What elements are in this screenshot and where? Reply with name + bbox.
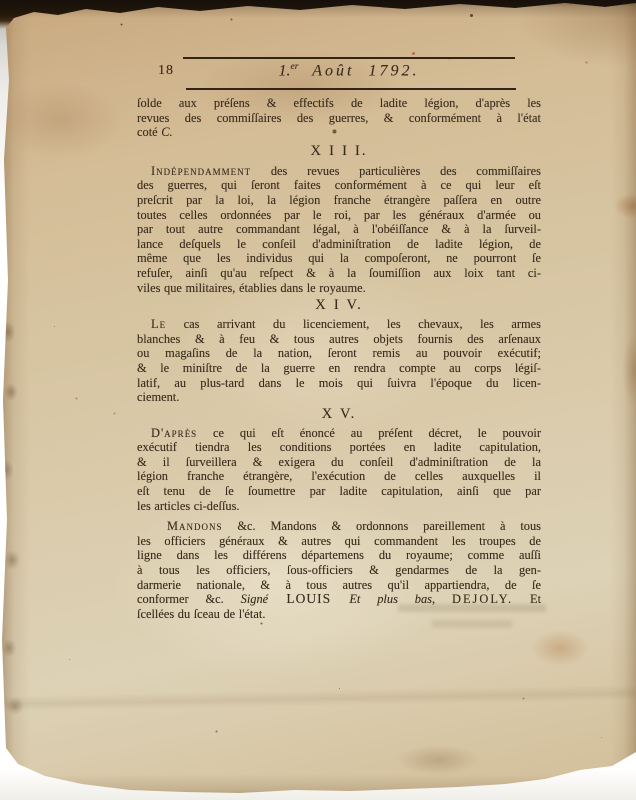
text-segment: ligne dans les différens départemens du … [137,548,541,562]
paragraph-intro-continuation: ſolde aux préſens & effectifs de ladite … [137,96,541,140]
text-line: par tout autre commandant légal, à l'obé… [137,222,541,237]
paper-crease [0,684,636,711]
text-segment: revues des commiſſaires des guerres, & c… [137,111,541,125]
text-line: à tous les officiers, ſous-officiers & g… [137,563,541,578]
text-line: ou magaſins de la nation, ſeront remis a… [137,346,541,361]
text-line: eſt tenu de ſe ſoumettre par ladite capi… [137,484,541,499]
text-line: ſolde aux préſens & effectifs de ladite … [137,96,541,111]
header-date: 1.er Août 1792. [183,61,515,80]
text-line: les articles ci-deſſus. [137,499,541,514]
text-segment: ce qui eſt énoncé au préſent décret, le … [197,426,541,440]
text-segment: même que les individus qui la compoſeron… [137,251,541,265]
article-heading-xiii: X I I I. [137,144,541,159]
text-line: Indépendamment des revues particulières … [137,164,541,179]
text-segment: Le [151,317,166,331]
text-segment: eſt tenu de ſe ſoumettre par ladite capi… [137,484,541,498]
header-rule-bottom [186,88,516,90]
text-line: blanches & à feu & tous autres objets fo… [137,332,541,347]
text-segment: ſcellées du ſceau de l'état. [137,607,265,621]
article-heading-xiv: X I V. [137,298,541,313]
ink-show-through [392,600,552,638]
text-line: même que les individus qui la compoſeron… [137,251,541,266]
text-line: darmerie nationale, & à tous autres qu'i… [137,578,541,593]
text-line: preſcrit par la loi, la légion franche é… [137,193,541,208]
text-segment: conformer &c. [137,592,241,606]
text-line: coté C. [137,125,541,140]
text-column: ſolde aux préſens & effectifs de ladite … [137,96,541,621]
text-segment: des revues particulières des commiſſaire… [251,164,541,178]
text-segment: toutes celles ordonnées par le roi, par … [137,208,541,222]
text-line: Mandons &c. Mandons & ordonnons pareille… [137,519,541,534]
text-line: refuſer, ainſi qu'au reſpect & à la ſoum… [137,266,541,281]
text-segment: 1. [279,62,291,79]
text-segment: ſolde aux préſens & effectifs de ladite … [137,96,541,110]
text-segment: viles que militaires, établies dans le r… [137,281,366,295]
text-line: latif, au plus-tard dans le mois qui ſui… [137,376,541,391]
text-segment: lance deſquels le conſeil d'adminiſtrati… [137,237,541,251]
text-segment: &c. Mandons & ordonnons pareillement à t… [223,519,541,533]
text-segment: latif, au plus-tard dans le mois qui ſui… [137,376,541,390]
text-line: lance deſquels le conſeil d'adminiſtrati… [137,237,541,252]
text-line: revues des commiſſaires des guerres, & c… [137,111,541,126]
document-page: 18 1.er Août 1792. ſolde aux préſens & e… [0,0,636,800]
paragraph-article-xiii: Indépendamment des revues particulières … [137,164,541,295]
text-line: des guerres, qui ſeront faites conformém… [137,178,541,193]
paragraph-article-xiv: Le cas arrivant du licenciement, les che… [137,317,541,405]
article-heading-xv: X V. [137,407,541,422]
text-segment: preſcrit par la loi, la légion franche é… [137,193,541,207]
text-line: & il ſurveillera & exigera du conſeil d'… [137,455,541,470]
page-number: 18 [158,63,174,79]
text-segment: coté [137,125,161,139]
paragraph-article-xv: D'après ce qui eſt énoncé au préſent déc… [137,426,541,514]
text-segment: & le miniſtre de la guerre en rendra com… [137,361,541,375]
text-segment: D'après [151,426,197,440]
text-segment: légion franche étrangère, l'exécution de… [137,469,541,483]
text-line: & le miniſtre de la guerre en rendra com… [137,361,541,376]
text-segment: des guerres, qui ſeront faites conformém… [137,178,541,192]
text-segment: er [291,61,299,72]
text-segment: Mandons [167,519,223,533]
text-segment: Signé [241,592,269,606]
text-line: 1.er Août 1792. [183,61,515,80]
text-segment: C. [161,125,172,139]
header-rule-top [183,57,515,59]
text-line: Le cas arrivant du licenciement, les che… [137,317,541,332]
text-line: ciement. [137,390,541,405]
text-line: ligne dans les différens départemens du … [137,548,541,563]
text-segment: Indépendamment [151,164,251,178]
text-segment: blanches & à feu & tous autres objets fo… [137,332,541,346]
text-line: légion franche étrangère, l'exécution de… [137,469,541,484]
text-segment: Août 1792. [299,62,420,79]
text-line: viles que militaires, établies dans le r… [137,281,541,296]
text-segment: à tous les officiers, ſous-officiers & g… [137,563,541,577]
text-line: exécutif tiendra les conditions portées … [137,440,541,455]
text-segment: exécutif tiendra les conditions portées … [137,440,541,454]
text-line: toutes celles ordonnées par le roi, par … [137,208,541,223]
text-segment: les officiers généraux & autres qui comm… [137,534,541,548]
text-segment: LOUIS [268,591,349,606]
text-segment: ciement. [137,390,179,404]
text-line: les officiers généraux & autres qui comm… [137,534,541,549]
text-segment: cas arrivant du licenciement, les chevau… [166,317,541,331]
text-segment: darmerie nationale, & à tous autres qu'i… [137,578,541,592]
text-segment: & il ſurveillera & exigera du conſeil d'… [137,455,541,469]
text-line: D'après ce qui eſt énoncé au préſent déc… [137,426,541,441]
text-segment: ou magaſins de la nation, ſeront remis a… [137,346,541,360]
text-segment: refuſer, ainſi qu'au reſpect & à la ſoum… [137,266,541,280]
text-segment: par tout autre commandant légal, à l'obé… [137,222,541,236]
text-segment: les articles ci-deſſus. [137,499,240,513]
